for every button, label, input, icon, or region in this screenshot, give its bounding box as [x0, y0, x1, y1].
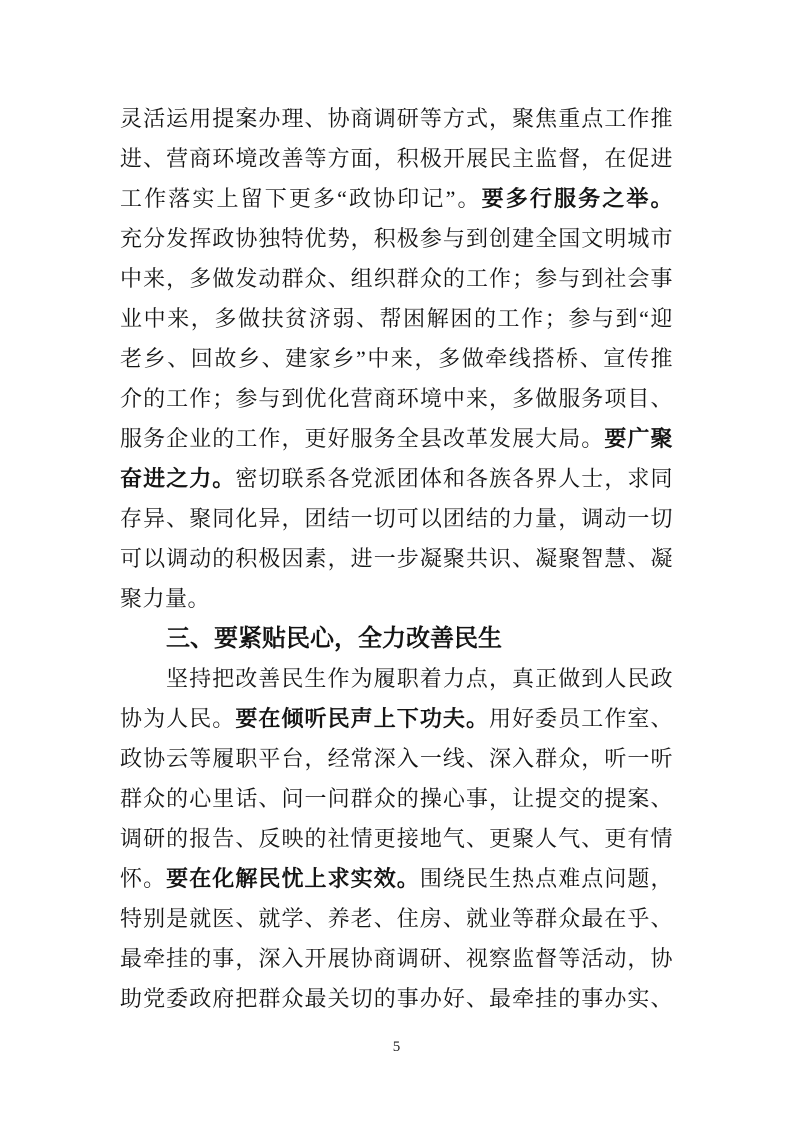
text-line: 进、营商环境改善等方面，积极开展民主监督，在促进	[120, 139, 673, 179]
body-text: 调研的报告、反映的社情更接地气、更聚人气、更有情	[120, 826, 673, 851]
body-text: 特别是就医、就学、养老、住房、就业等群众最在乎、	[120, 906, 673, 931]
body-text: 坚持把改善民生作为履职着力点，真正做到人民政	[166, 666, 673, 691]
text-line: 群众的心里话、问一问群众的操心事，让提交的提案、	[120, 779, 673, 819]
emphasis-text: 要广聚	[604, 426, 673, 451]
body-text: 助党委政府把群众最关切的事办好、最牵挂的事办实、	[120, 986, 673, 1011]
text-line: 灵活运用提案办理、协商调研等方式，聚焦重点工作推	[120, 99, 673, 139]
text-line: 服务企业的工作，更好服务全县改革发展大局。要广聚	[120, 419, 673, 459]
body-text: 聚力量。	[120, 586, 210, 611]
text-line: 调研的报告、反映的社情更接地气、更聚人气、更有情	[120, 819, 673, 859]
body-text: 业中来，多做扶贫济弱、帮困解困的工作；参与到“迎	[120, 306, 673, 331]
text-line: 中来，多做发动群众、组织群众的工作；参与到社会事	[120, 259, 673, 299]
text-line: 奋进之力。密切联系各党派团体和各族各界人士，求同	[120, 459, 673, 499]
emphasis-text: 要多行服务之举。	[482, 186, 673, 211]
text-line: 坚持把改善民生作为履职着力点，真正做到人民政	[120, 659, 673, 699]
body-text: 老乡、回故乡、建家乡”中来，多做牵线搭桥、宣传推	[120, 346, 673, 371]
text-line: 怀。要在化解民忧上求实效。围绕民生热点难点问题，	[120, 859, 673, 899]
text-line: 可以调动的积极因素，进一步凝聚共识、凝聚智慧、凝	[120, 539, 673, 579]
body-text: 进、营商环境改善等方面，积极开展民主监督，在促进	[120, 146, 673, 171]
body-text: 灵活运用提案办理、协商调研等方式，聚焦重点工作推	[120, 106, 673, 131]
text-line: 政协云等履职平台，经常深入一线、深入群众，听一听	[120, 739, 673, 779]
body-text: 充分发挥政协独特优势，积极参与到创建全国文明城市	[120, 226, 673, 251]
page-number: 5	[0, 1036, 793, 1058]
body-text: 怀。	[120, 866, 166, 891]
text-line: 老乡、回故乡、建家乡”中来，多做牵线搭桥、宣传推	[120, 339, 673, 379]
body-text: 存异、聚同化异，团结一切可以团结的力量，调动一切	[120, 506, 673, 531]
body-text: 政协云等履职平台，经常深入一线、深入群众，听一听	[120, 746, 673, 771]
text-line: 协为人民。要在倾听民声上下功夫。用好委员工作室、	[120, 699, 673, 739]
text-line: 工作落实上留下更多“政协印记”。要多行服务之举。	[120, 179, 673, 219]
body-text: 工作落实上留下更多“政协印记”。	[120, 186, 482, 211]
body-text: 服务企业的工作，更好服务全县改革发展大局。	[120, 426, 604, 451]
document-page: 灵活运用提案办理、协商调研等方式，聚焦重点工作推进、营商环境改善等方面，积极开展…	[0, 0, 793, 1122]
text-line: 介的工作；参与到优化营商环境中来，多做服务项目、	[120, 379, 673, 419]
body-text: 协为人民。	[120, 706, 235, 731]
text-line: 聚力量。	[120, 579, 673, 619]
text-line: 业中来，多做扶贫济弱、帮困解困的工作；参与到“迎	[120, 299, 673, 339]
body-text: 密切联系各党派团体和各族各界人士，求同	[235, 466, 673, 491]
body-text: 可以调动的积极因素，进一步凝聚共识、凝聚智慧、凝	[120, 546, 673, 571]
text-line: 特别是就医、就学、养老、住房、就业等群众最在乎、	[120, 899, 673, 939]
emphasis-text: 要在化解民忧上求实效。	[166, 866, 420, 891]
document-body: 灵活运用提案办理、协商调研等方式，聚焦重点工作推进、营商环境改善等方面，积极开展…	[120, 99, 673, 1019]
body-text: 围绕民生热点难点问题，	[420, 866, 673, 891]
body-text: 介的工作；参与到优化营商环境中来，多做服务项目、	[120, 386, 673, 411]
body-text: 用好委员工作室、	[489, 706, 673, 731]
body-text: 中来，多做发动群众、组织群众的工作；参与到社会事	[120, 266, 673, 291]
section-heading: 三、要紧贴民心，全力改善民生	[120, 619, 673, 659]
body-text: 群众的心里话、问一问群众的操心事，让提交的提案、	[120, 786, 673, 811]
text-line: 最牵挂的事，深入开展协商调研、视察监督等活动，协	[120, 939, 673, 979]
emphasis-text: 三、要紧贴民心，全力改善民生	[166, 625, 502, 652]
text-line: 助党委政府把群众最关切的事办好、最牵挂的事办实、	[120, 979, 673, 1019]
body-text: 最牵挂的事，深入开展协商调研、视察监督等活动，协	[120, 946, 673, 971]
text-line: 存异、聚同化异，团结一切可以团结的力量，调动一切	[120, 499, 673, 539]
emphasis-text: 要在倾听民声上下功夫。	[235, 706, 489, 731]
text-line: 充分发挥政协独特优势，积极参与到创建全国文明城市	[120, 219, 673, 259]
emphasis-text: 奋进之力。	[120, 466, 235, 491]
